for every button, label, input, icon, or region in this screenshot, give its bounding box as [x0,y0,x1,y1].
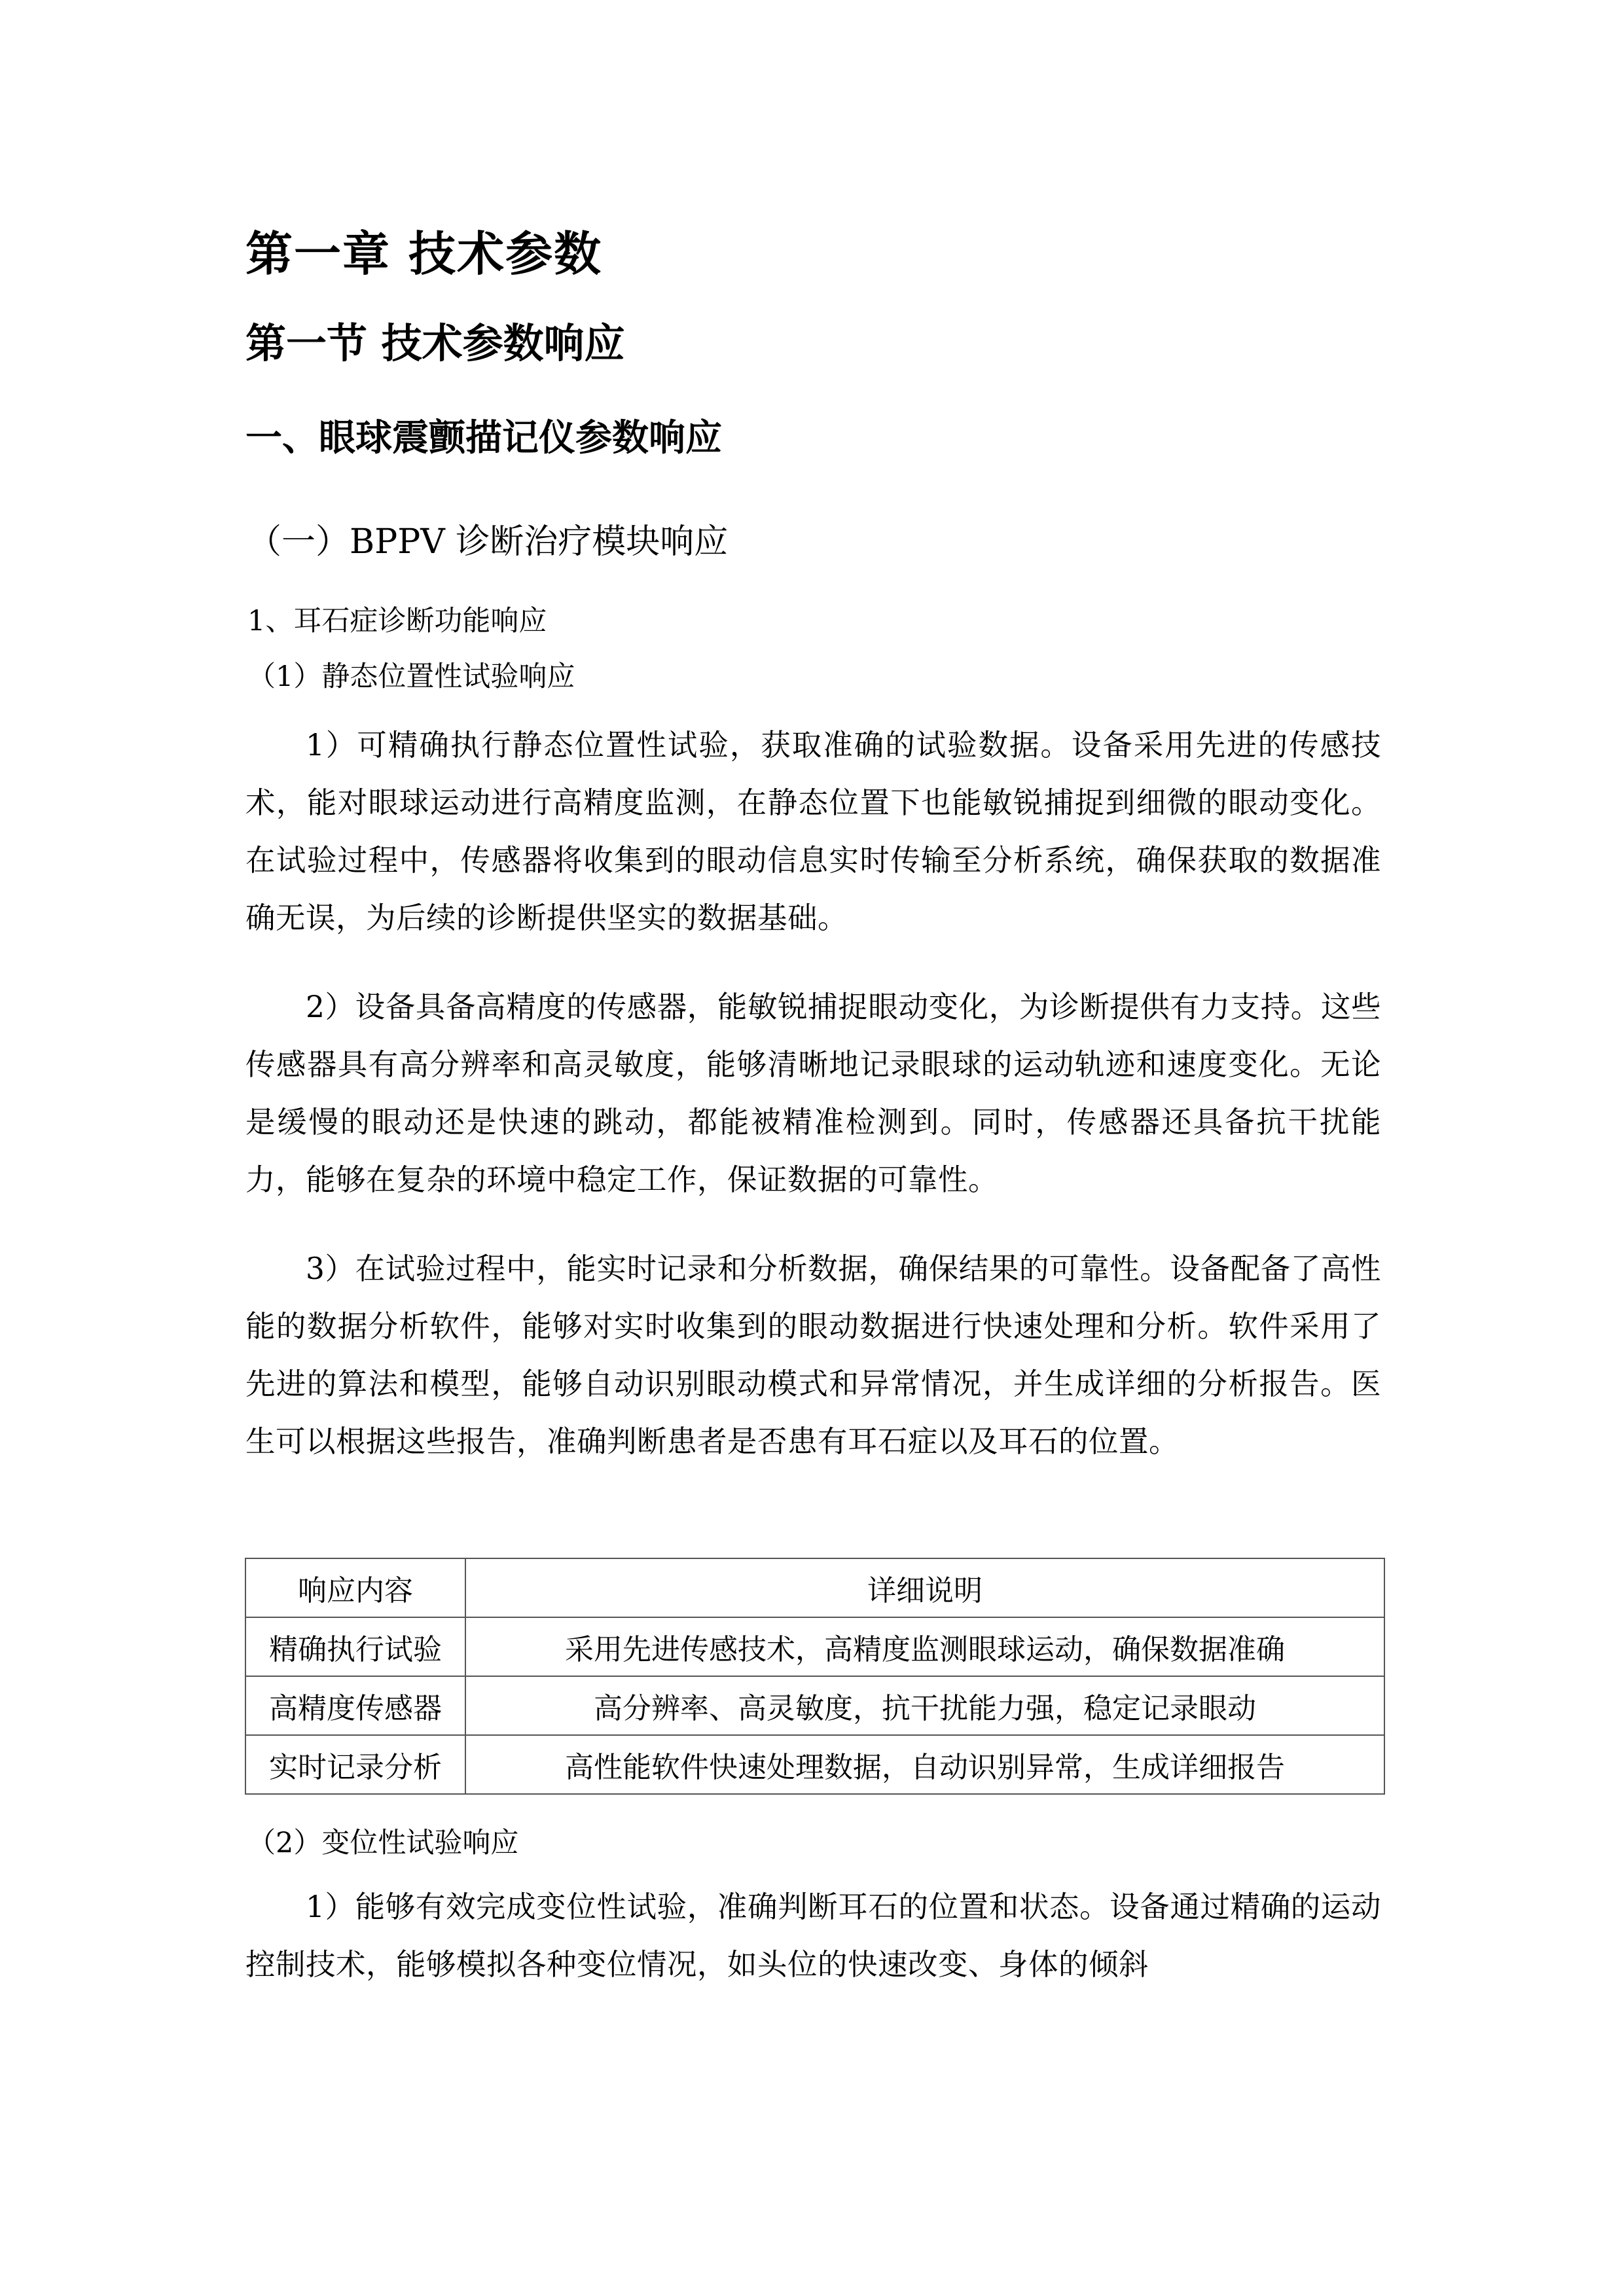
chapter-title: 第一章 技术参数 [245,216,602,284]
paragraph: 3）在试验过程中，能实时记录和分析数据，确保结果的可靠性。设备配备了高性能的数据… [245,1240,1381,1471]
module-title: （一）BPPV 诊断治疗模块响应 [247,514,728,563]
paragraph: 1）能够有效完成变位性试验，准确判断耳石的位置和状态。设备通过精确的运动控制技术… [245,1878,1381,1994]
response-table: 响应内容 详细说明 精确执行试验 采用先进传感技术，高精度监测眼球运动，确保数据… [245,1558,1385,1795]
table-row: 实时记录分析 高性能软件快速处理数据，自动识别异常，生成详细报告 [245,1735,1384,1794]
static-test-title: （1）静态位置性试验响应 [247,655,575,694]
table-cell: 采用先进传感技术，高精度监测眼球运动，确保数据准确 [465,1617,1384,1676]
table-cell: 高分辨率、高灵敏度，抗干扰能力强，稳定记录眼动 [465,1676,1384,1735]
table-cell: 高精度传感器 [245,1676,465,1735]
item-title: 1、耳石症诊断功能响应 [247,599,547,639]
table-header-cell: 详细说明 [465,1558,1384,1617]
table-cell: 高性能软件快速处理数据，自动识别异常，生成详细报告 [465,1735,1384,1794]
positional-test-title: （2）变位性试验响应 [247,1821,518,1861]
table-cell: 实时记录分析 [245,1735,465,1794]
paragraph: 1）可精确执行静态位置性试验，获取准确的试验数据。设备采用先进的传感技术，能对眼… [245,717,1381,947]
table-header-cell: 响应内容 [245,1558,465,1617]
section-title: 第一节 技术参数响应 [245,311,625,369]
document-page: 第一章 技术参数 第一节 技术参数响应 一、眼球震颤描记仪参数响应 （一）BPP… [0,0,1624,2296]
table-row: 高精度传感器 高分辨率、高灵敏度，抗干扰能力强，稳定记录眼动 [245,1676,1384,1735]
table-row: 精确执行试验 采用先进传感技术，高精度监测眼球运动，确保数据准确 [245,1617,1384,1676]
table-header-row: 响应内容 详细说明 [245,1558,1384,1617]
table-cell: 精确执行试验 [245,1617,465,1676]
paragraph: 2）设备具备高精度的传感器，能敏锐捕捉眼动变化，为诊断提供有力支持。这些传感器具… [245,978,1381,1209]
subsection-title: 一、眼球震颤描记仪参数响应 [245,409,722,461]
